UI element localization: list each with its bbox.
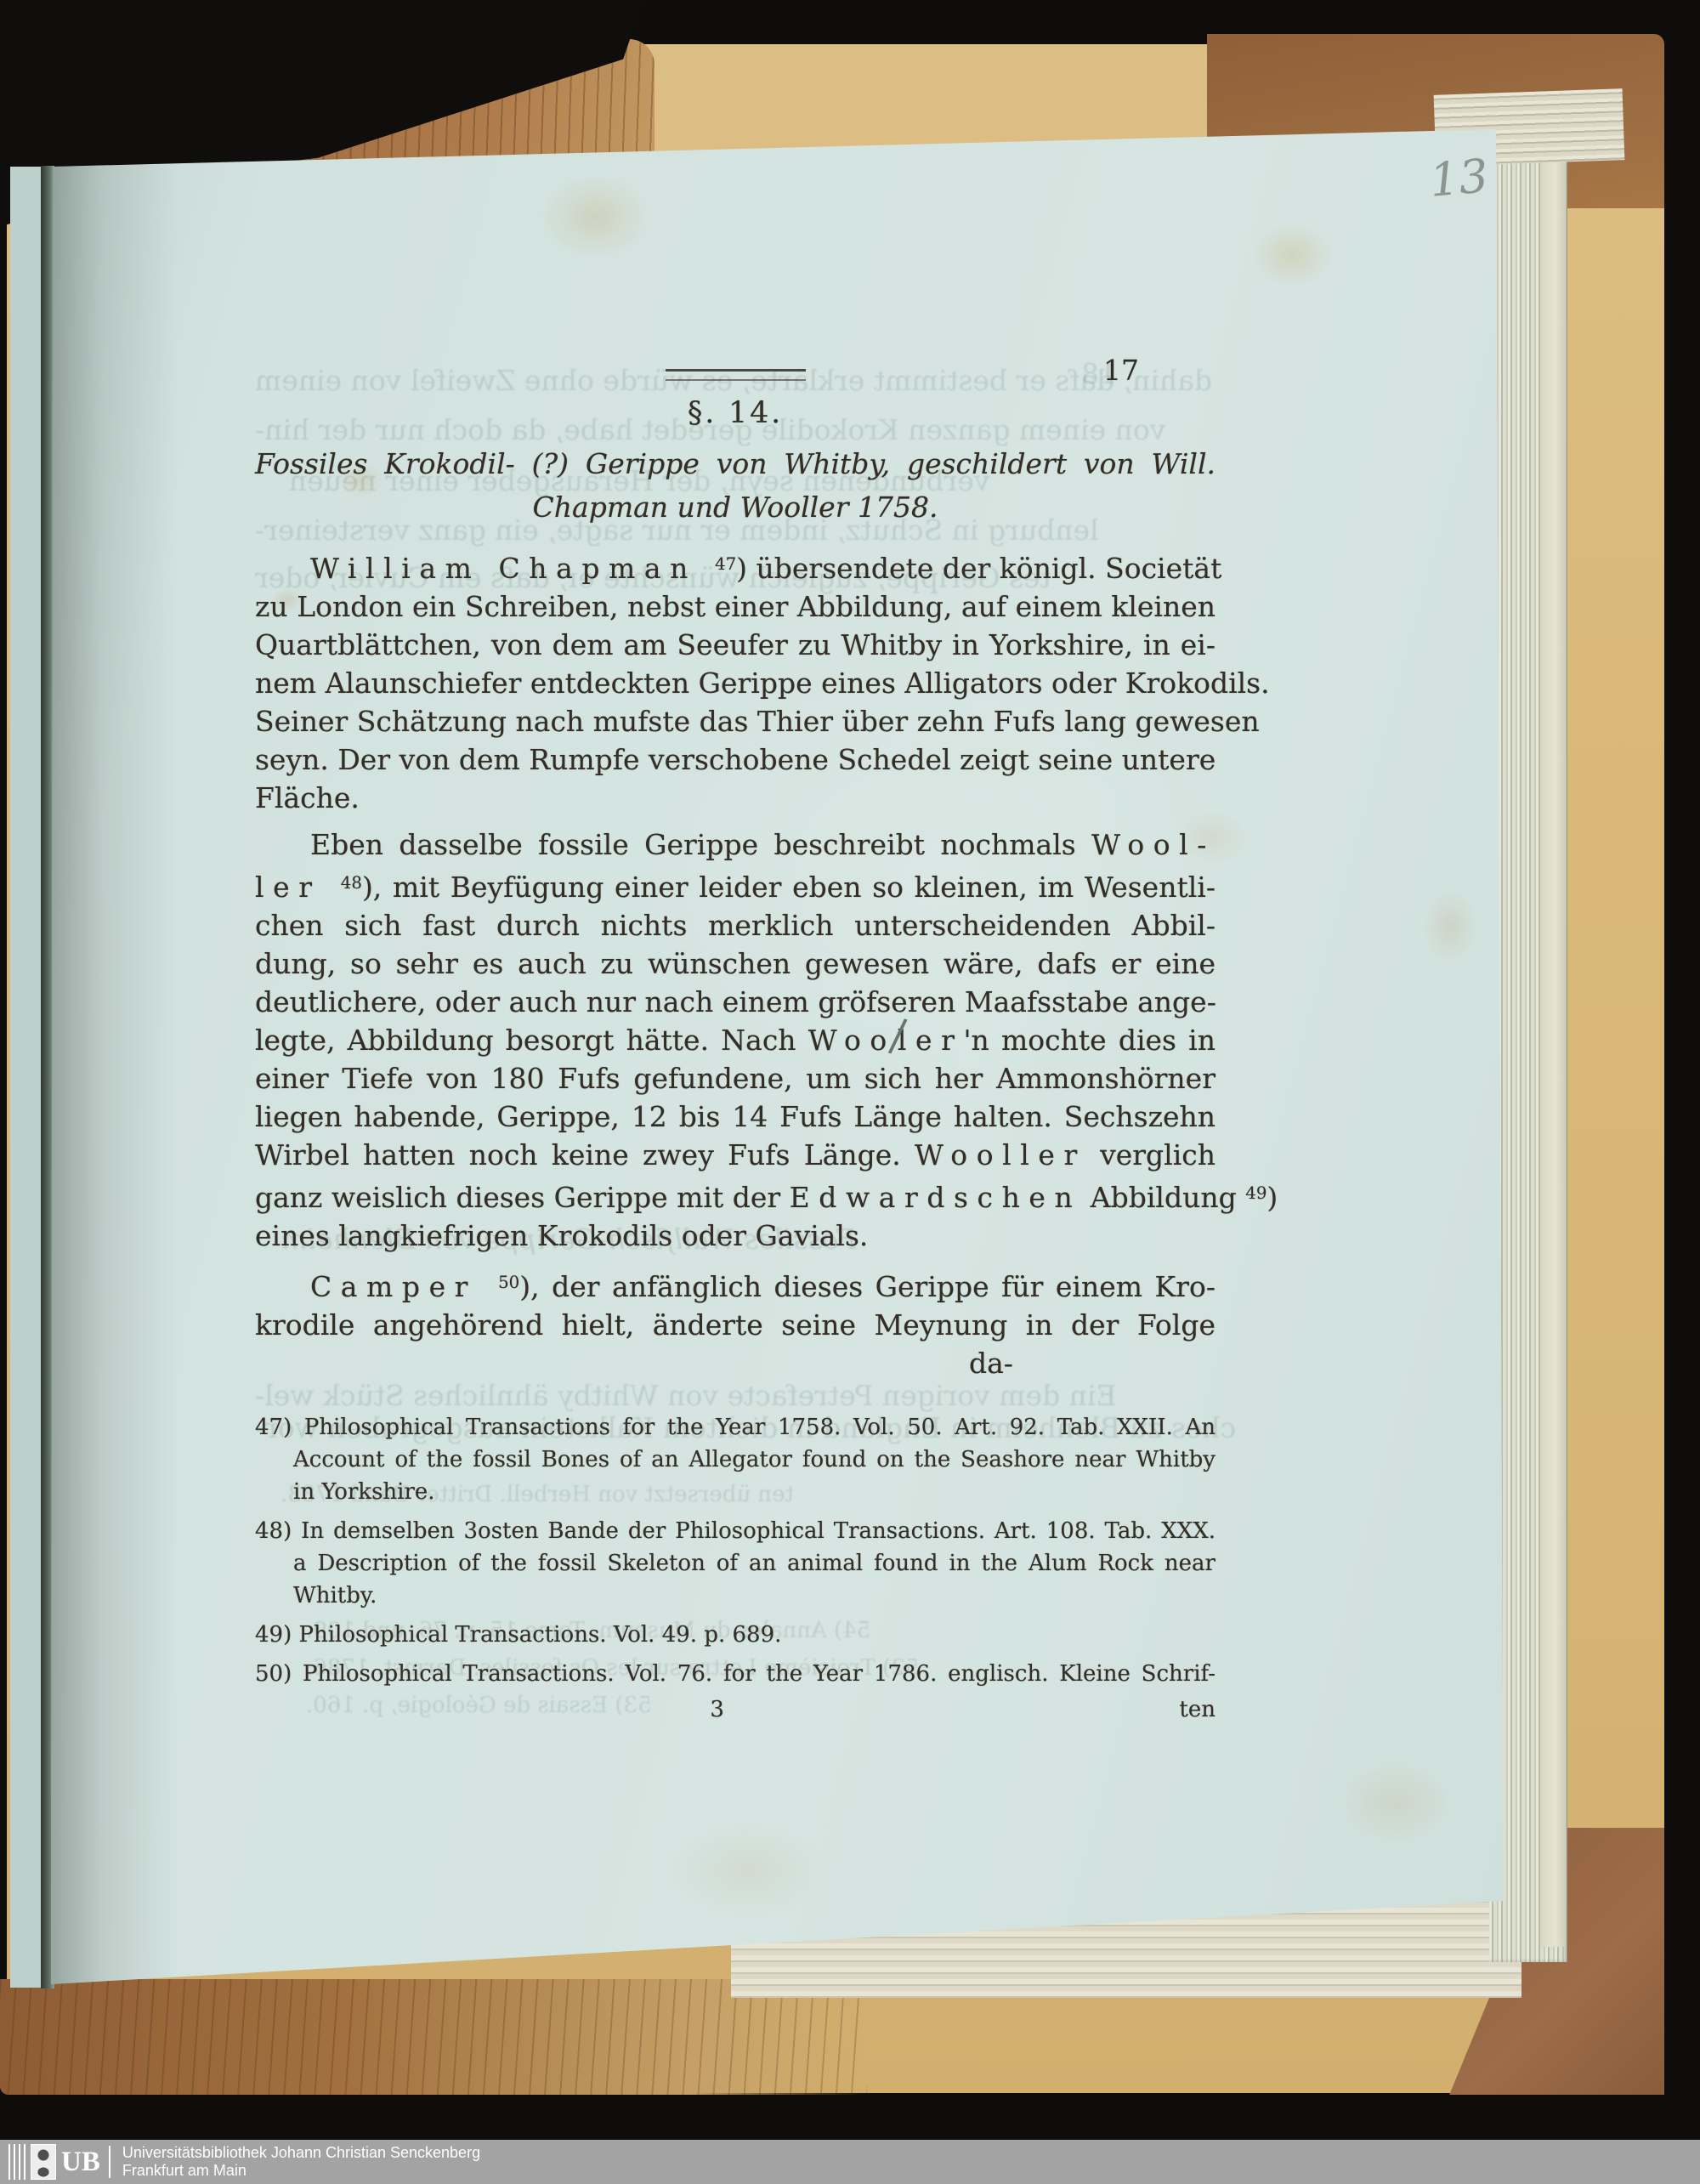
text-line: Chapman und Wooller 1758. [255,488,1215,526]
text-line: dung, so sehr es auch zu wünschen gewese… [255,945,1215,983]
folio-annotation: 13 [1427,149,1490,207]
text-line: da- [969,1344,1215,1382]
text-line: 48) In demselben 3osten Bande der Philos… [255,1515,1215,1547]
book-spines-icon [8,2144,25,2180]
text-line: 49) Philosophical Transactions. Vol. 49.… [255,1619,1215,1651]
prev-page-sliver [10,167,42,1988]
section-divider-rule [666,369,806,381]
text-line: in Yorkshire. [293,1476,1215,1508]
library-name: Universitätsbibliothek Johann Christian … [122,2144,480,2162]
library-city: Frankfurt am Main [122,2162,480,2180]
text-line: ganz weislich dieses Gerippe mit der Edw… [255,1174,1215,1217]
text-line: Eben dasselbe fossile Gerippe beschreibt… [310,825,1215,864]
text-line: 50) Philosophical Transactions. Vol. 76.… [255,1658,1215,1690]
library-watermark-bar: UB Universitätsbibliothek Johann Christi… [0,2140,1700,2184]
logo-divider [109,2146,110,2178]
portrait-icon [31,2144,56,2180]
text-line: seyn. Der von dem Rumpfe verschobene Sch… [255,740,1215,779]
text-line: Fläche. [255,779,1215,817]
text-column: §. 14.Fossiles Krokodil- (?) Gerippe von… [255,357,1215,1726]
text-line: nem Alaunschiefer entdeckten Gerippe ein… [255,664,1215,702]
text-line: 47) Philosophical Transactions for the Y… [255,1411,1215,1444]
text-line: krodile angehörend hielt, änderte seine … [255,1306,1215,1344]
text-line: William Chapman 47) übersendete der köni… [310,545,1215,587]
scan-root: dahin, dafs er bestimmt erklärte, es wür… [0,0,1700,2184]
text-line: §. 14. [255,394,1215,433]
text-line: a Description of the fossil Skeleton of … [293,1547,1215,1580]
text-line: legte, Abbildung besorgt hätte. Nach Woo… [255,1021,1215,1059]
text-line: zu London ein Schreiben, nebst einer Abb… [255,587,1215,626]
text-line: Fossiles Krokodil- (?) Gerippe von Whitb… [255,445,1215,483]
scanned-page: dahin, dafs er bestimmt erklärte, es wür… [0,0,1700,2184]
text-line: Quartblättchen, von dem am Seeufer zu Wh… [255,626,1215,664]
text-line: einer Tiefe von 180 Fufs gefundene, um s… [255,1059,1215,1098]
text-line: chen sich fast durch nichts merklich unt… [255,906,1215,945]
text-line: liegen habende, Gerippe, 12 bis 14 Fufs … [255,1098,1215,1136]
text-line: ler 48), mit Beyfügung einer leider eben… [255,864,1215,906]
ub-logo: UB [8,2144,110,2180]
text-line: Camper 50), der anfänglich dieses Geripp… [310,1263,1215,1306]
text-line: eines langkiefrigen Krokodils oder Gavia… [255,1217,1215,1255]
library-name-block: Universitätsbibliothek Johann Christian … [122,2144,480,2180]
ub-logo-text: UB [61,2144,100,2180]
text-line: deutlichere, oder auch nur nach einem gr… [255,983,1215,1021]
text-line: Account of the fossil Bones of an Allega… [293,1444,1215,1476]
text-line: Wirbel hatten noch keine zwey Fufs Länge… [255,1136,1215,1174]
text-line: Whitby. [293,1580,1215,1612]
text-line: Seiner Schätzung nach mufste das Thier ü… [255,702,1215,740]
page-edge-stack-outer [1540,128,1566,1947]
text-line: 3ten [255,1693,1215,1726]
